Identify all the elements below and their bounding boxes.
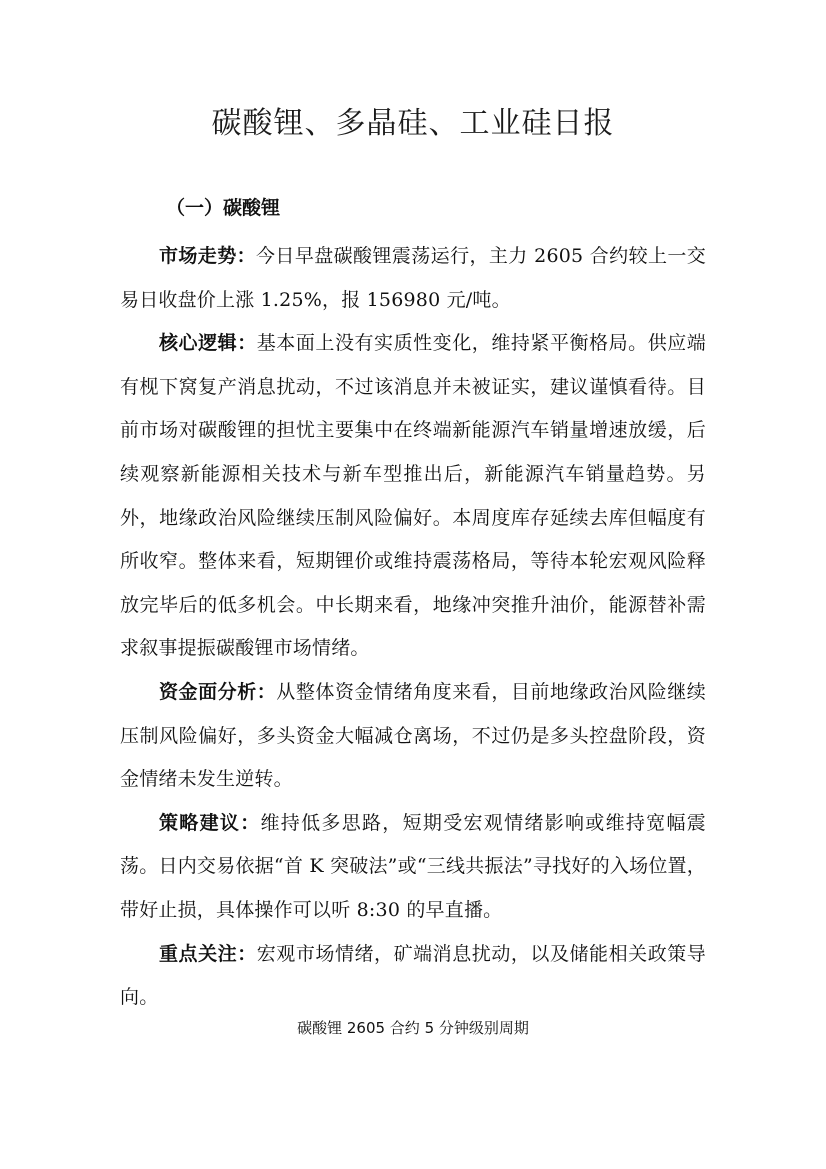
label-key-focus: 重点关注： (159, 943, 257, 965)
section-heading-lithium-carbonate: （一）碳酸锂 (120, 193, 706, 223)
figure-caption: 碳酸锂 2605 合约 5 分钟级别周期 (120, 1016, 706, 1040)
report-title: 碳酸锂、多晶硅、工业硅日报 (0, 104, 826, 144)
text-core-logic: 基本面上没有实质性变化，维持紧平衡格局。供应端有枧下窝复产消息扰动，不过该消息并… (120, 332, 706, 659)
report-body: （一）碳酸锂 市场走势：今日早盘碳酸锂震荡运行，主力 2605 合约较上一交易日… (120, 193, 706, 1040)
paragraph-market-trend: 市场走势：今日早盘碳酸锂震荡运行，主力 2605 合约较上一交易日收盘价上涨 1… (120, 235, 706, 322)
label-fund-analysis: 资金面分析： (159, 681, 276, 703)
paragraph-fund-analysis: 资金面分析：从整体资金情绪角度来看，目前地缘政治风险继续压制风险偏好，多头资金大… (120, 671, 706, 802)
label-market-trend: 市场走势： (159, 245, 256, 267)
label-core-logic: 核心逻辑： (159, 332, 257, 354)
paragraph-strategy-advice: 策略建议：维持低多思路，短期受宏观情绪影响或维持宽幅震荡。日内交易依据“首 K … (120, 802, 706, 933)
paragraph-core-logic: 核心逻辑：基本面上没有实质性变化，维持紧平衡格局。供应端有枧下窝复产消息扰动，不… (120, 322, 706, 671)
document-page: 碳酸锂、多晶硅、工业硅日报 （一）碳酸锂 市场走势：今日早盘碳酸锂震荡运行，主力… (0, 0, 826, 1169)
label-strategy-advice: 策略建议： (159, 812, 261, 834)
paragraph-key-focus: 重点关注：宏观市场情绪，矿端消息扰动，以及储能相关政策导向。 (120, 933, 706, 1020)
